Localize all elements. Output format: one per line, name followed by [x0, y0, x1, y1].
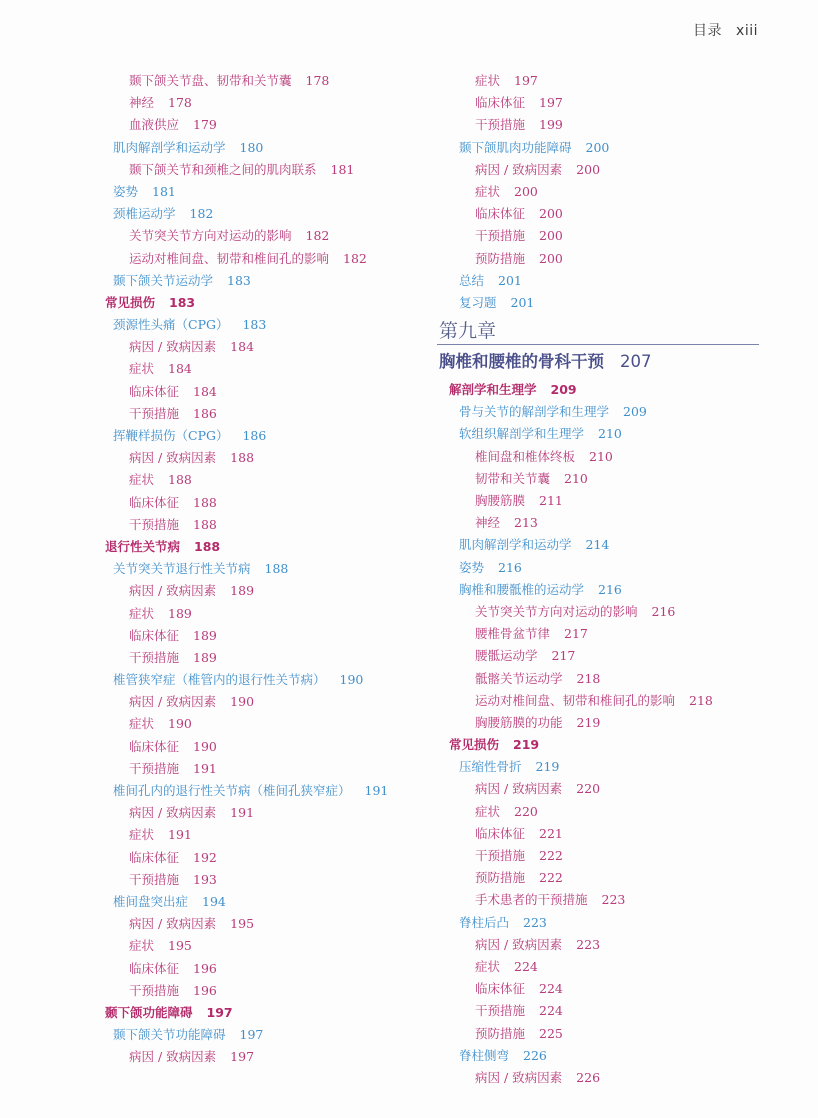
toc-entry-level-2[interactable]: 总结201: [437, 270, 759, 292]
toc-entry-page: 210: [598, 426, 622, 441]
toc-entry-page: 209: [551, 382, 577, 397]
toc-entry-title: 干预措施: [475, 117, 525, 132]
toc-entry-title: 临床体征: [129, 628, 179, 643]
toc-entry-title: 病因 / 致病因素: [129, 1049, 216, 1064]
toc-entry-page: 191: [365, 783, 389, 798]
toc-entry-level-3[interactable]: 腰骶运动学217: [437, 645, 759, 667]
toc-entry-title: 预防措施: [475, 251, 525, 266]
toc-entry-page: 220: [576, 781, 600, 796]
toc-entry-title: 运动对椎间盘、韧带和椎间孔的影响: [129, 251, 329, 266]
toc-entry-level-3[interactable]: 临床体征224: [437, 978, 759, 1000]
toc-entry-page: 178: [306, 73, 330, 88]
toc-entry-title: 颞下颌关节和颈椎之间的肌肉联系: [129, 162, 317, 177]
toc-entry-title: 胸椎和腰骶椎的运动学: [459, 582, 584, 597]
toc-entry-level-3[interactable]: 症状220: [437, 801, 759, 823]
toc-entry-level-3[interactable]: 临床体征188: [103, 492, 423, 514]
toc-entry-title: 症状: [475, 959, 500, 974]
toc-entry-level-3[interactable]: 预防措施200: [437, 248, 759, 270]
toc-entry-level-3[interactable]: 胸腰筋膜211: [437, 490, 759, 512]
toc-entry-page: 194: [202, 894, 226, 909]
toc-entry-page: 195: [168, 938, 192, 953]
toc-entry-page: 189: [168, 606, 192, 621]
running-header: 目录xiii: [693, 20, 758, 40]
toc-entry-page: 219: [513, 737, 539, 752]
toc-entry-title: 椎间孔内的退行性关节病（椎间孔狭窄症）: [113, 783, 351, 798]
toc-entry-level-1[interactable]: 解剖学和生理学209: [437, 379, 759, 401]
toc-entry-title: 病因 / 致病因素: [475, 937, 562, 952]
toc-entry-page: 190: [168, 716, 192, 731]
toc-entry-page: 217: [552, 648, 576, 663]
toc-entry-page: 213: [514, 515, 538, 530]
toc-entry-level-2[interactable]: 脊柱后凸223: [437, 912, 759, 934]
toc-entry-page: 188: [193, 517, 217, 532]
toc-entry-page: 226: [523, 1048, 547, 1063]
toc-entry-level-3[interactable]: 症状189: [103, 603, 423, 625]
toc-entry-title: 临床体征: [475, 826, 525, 841]
chapter-title-text: 胸椎和腰椎的骨科干预: [439, 352, 604, 371]
toc-entry-level-2[interactable]: 复习题201: [437, 292, 759, 314]
toc-entry-title: 颞下颌关节功能障碍: [113, 1027, 226, 1042]
toc-entry-page: 224: [539, 981, 563, 996]
toc-entry-title: 干预措施: [475, 848, 525, 863]
toc-entry-level-3[interactable]: 病因 / 致病因素188: [103, 447, 423, 469]
toc-entry-page: 222: [539, 848, 563, 863]
toc-entry-page: 224: [539, 1003, 563, 1018]
toc-entry-title: 压缩性骨折: [459, 759, 522, 774]
toc-entry-page: 216: [498, 560, 522, 575]
toc-entry-level-3[interactable]: 胸腰筋膜的功能219: [437, 712, 759, 734]
toc-entry-level-3[interactable]: 病因 / 致病因素191: [103, 802, 423, 824]
toc-entry-page: 200: [539, 251, 563, 266]
toc-entry-page: 196: [193, 983, 217, 998]
toc-entry-page: 197: [207, 1005, 233, 1020]
toc-entry-title: 临床体征: [129, 850, 179, 865]
toc-entry-title: 预防措施: [475, 1026, 525, 1041]
toc-entry-page: 188: [194, 539, 220, 554]
toc-entry-page: 189: [193, 650, 217, 665]
toc-entry-level-2[interactable]: 颞下颌肌肉功能障碍200: [437, 137, 759, 159]
toc-entry-title: 肌肉解剖学和运动学: [113, 140, 226, 155]
toc-entry-title: 姿势: [113, 184, 138, 199]
toc-entry-level-3[interactable]: 干预措施222: [437, 845, 759, 867]
toc-entry-title: 症状: [475, 73, 500, 88]
toc-entry-title: 临床体征: [475, 206, 525, 221]
toc-entry-page: 191: [193, 761, 217, 776]
toc-entry-title: 常见损伤: [105, 295, 155, 310]
toc-entry-page: 190: [230, 694, 254, 709]
chapter-page-number: 207: [620, 352, 652, 371]
toc-entry-level-2[interactable]: 颈源性头痛（CPG）183: [103, 314, 423, 336]
toc-entry-level-3[interactable]: 韧带和关节囊210: [437, 468, 759, 490]
toc-entry-title: 临床体征: [129, 384, 179, 399]
toc-entry-title: 解剖学和生理学: [449, 382, 537, 397]
toc-entry-level-3[interactable]: 干预措施191: [103, 758, 423, 780]
toc-entry-title: 关节突关节方向对运动的影响: [129, 228, 292, 243]
toc-entry-page: 226: [576, 1070, 600, 1085]
toc-entry-level-2[interactable]: 椎间盘突出症194: [103, 891, 423, 913]
toc-entry-page: 183: [242, 317, 266, 332]
toc-entry-page: 193: [193, 872, 217, 887]
toc-entry-page: 191: [168, 827, 192, 842]
toc-entry-page: 184: [230, 339, 254, 354]
toc-entry-title: 病因 / 致病因素: [129, 805, 216, 820]
toc-entry-page: 224: [514, 959, 538, 974]
toc-entry-title: 复习题: [459, 295, 497, 310]
toc-entry-title: 症状: [129, 716, 154, 731]
toc-entry-level-2[interactable]: 胸椎和腰骶椎的运动学216: [437, 579, 759, 601]
chapter-label: 第九章: [437, 316, 759, 345]
toc-entry-title: 干预措施: [129, 761, 179, 776]
toc-entry-level-3[interactable]: 症状191: [103, 824, 423, 846]
toc-entry-level-3[interactable]: 干预措施188: [103, 514, 423, 536]
toc-entry-page: 200: [586, 140, 610, 155]
toc-entry-title: 颞下颌肌肉功能障碍: [459, 140, 572, 155]
toc-entry-page: 196: [193, 961, 217, 976]
toc-entry-title: 病因 / 致病因素: [129, 583, 216, 598]
toc-entry-title: 症状: [129, 827, 154, 842]
toc-entry-level-3[interactable]: 症状200: [437, 181, 759, 203]
toc-entry-title: 胸腰筋膜的功能: [475, 715, 563, 730]
toc-entry-level-3[interactable]: 症状184: [103, 358, 423, 380]
toc-entry-title: 干预措施: [129, 517, 179, 532]
toc-entry-level-2[interactable]: 软组织解剖学和生理学210: [437, 423, 759, 445]
toc-entry-level-3[interactable]: 临床体征192: [103, 847, 423, 869]
toc-entry-page: 210: [564, 471, 588, 486]
toc-entry-title: 病因 / 致病因素: [129, 916, 216, 931]
toc-entry-level-2[interactable]: 骨与关节的解剖学和生理学209: [437, 401, 759, 423]
toc-entry-title: 脊柱侧弯: [459, 1048, 509, 1063]
toc-entry-title: 颈椎运动学: [113, 206, 176, 221]
toc-entry-level-1[interactable]: 常见损伤219: [437, 734, 759, 756]
toc-entry-level-3[interactable]: 病因 / 致病因素197: [103, 1046, 423, 1068]
toc-entry-level-2[interactable]: 关节突关节退行性关节病188: [103, 558, 423, 580]
toc-entry-title: 关节突关节退行性关节病: [113, 561, 251, 576]
toc-entry-title: 颞下颌关节运动学: [113, 273, 213, 288]
toc-entry-title: 运动对椎间盘、韧带和椎间孔的影响: [475, 693, 675, 708]
toc-entry-title: 干预措施: [475, 1003, 525, 1018]
toc-entry-title: 病因 / 致病因素: [475, 1070, 562, 1085]
toc-entry-title: 颈源性头痛（CPG）: [113, 317, 228, 332]
toc-entry-level-3[interactable]: 干预措施186: [103, 403, 423, 425]
toc-entry-page: 189: [230, 583, 254, 598]
toc-entry-title: 颞下颌关节盘、韧带和关节囊: [129, 73, 292, 88]
chapter-title[interactable]: 胸椎和腰椎的骨科干预207: [437, 345, 759, 379]
toc-entry-level-3[interactable]: 干预措施193: [103, 869, 423, 891]
toc-entry-page: 181: [331, 162, 355, 177]
toc-entry-page: 186: [242, 428, 266, 443]
toc-entry-page: 214: [586, 537, 610, 552]
toc-entry-level-3[interactable]: 临床体征184: [103, 381, 423, 403]
toc-entry-page: 188: [168, 472, 192, 487]
toc-entry-page: 195: [230, 916, 254, 931]
toc-entry-title: 干预措施: [129, 650, 179, 665]
toc-entry-level-3[interactable]: 颞下颌关节和颈椎之间的肌肉联系181: [103, 159, 423, 181]
toc-entry-level-3[interactable]: 运动对椎间盘、韧带和椎间孔的影响182: [103, 248, 423, 270]
toc-entry-level-3[interactable]: 病因 / 致病因素195: [103, 913, 423, 935]
toc-entry-title: 骨与关节的解剖学和生理学: [459, 404, 609, 419]
toc-entry-page: 216: [652, 604, 676, 619]
toc-entry-level-3[interactable]: 血液供应179: [103, 114, 423, 136]
toc-entry-title: 颞下颌功能障碍: [105, 1005, 193, 1020]
toc-entry-title: 干预措施: [129, 983, 179, 998]
toc-entry-page: 197: [539, 95, 563, 110]
toc-entry-title: 骶髂关节运动学: [475, 671, 563, 686]
toc-entry-title: 病因 / 致病因素: [129, 450, 216, 465]
toc-entry-title: 病因 / 致病因素: [475, 162, 562, 177]
toc-entry-page: 216: [598, 582, 622, 597]
toc-entry-level-3[interactable]: 关节突关节方向对运动的影响182: [103, 225, 423, 247]
toc-entry-level-2[interactable]: 颈椎运动学182: [103, 203, 423, 225]
toc-entry-page: 218: [577, 671, 601, 686]
toc-entry-level-3[interactable]: 症状224: [437, 956, 759, 978]
toc-entry-title: 姿势: [459, 560, 484, 575]
toc-entry-level-3[interactable]: 临床体征196: [103, 958, 423, 980]
toc-entry-page: 197: [240, 1027, 264, 1042]
toc-entry-level-3[interactable]: 干预措施199: [437, 114, 759, 136]
toc-entry-level-2[interactable]: 姿势216: [437, 557, 759, 579]
toc-entry-title: 症状: [129, 606, 154, 621]
toc-entry-title: 病因 / 致病因素: [129, 339, 216, 354]
toc-entry-page: 192: [193, 850, 217, 865]
toc-entry-page: 200: [539, 206, 563, 221]
toc-entry-page: 191: [230, 805, 254, 820]
toc-entry-level-3[interactable]: 症状195: [103, 935, 423, 957]
toc-entry-page: 184: [193, 384, 217, 399]
toc-entry-title: 症状: [475, 184, 500, 199]
toc-entry-page: 183: [169, 295, 195, 310]
toc-entry-level-3[interactable]: 症状197: [437, 70, 759, 92]
toc-entry-level-2[interactable]: 颞下颌关节运动学183: [103, 270, 423, 292]
toc-entry-level-3[interactable]: 临床体征189: [103, 625, 423, 647]
toc-entry-page: 197: [514, 73, 538, 88]
toc-entry-page: 219: [536, 759, 560, 774]
toc-entry-level-3[interactable]: 临床体征221: [437, 823, 759, 845]
toc-entry-page: 179: [193, 117, 217, 132]
toc-entry-page: 210: [589, 449, 613, 464]
toc-entry-level-3[interactable]: 关节突关节方向对运动的影响216: [437, 601, 759, 623]
toc-entry-page: 184: [168, 361, 192, 376]
toc-entry-title: 症状: [129, 938, 154, 953]
toc-entry-level-3[interactable]: 病因 / 致病因素189: [103, 580, 423, 602]
toc-entry-title: 肌肉解剖学和运动学: [459, 537, 572, 552]
toc-entry-title: 常见损伤: [449, 737, 499, 752]
toc-entry-level-3[interactable]: 神经213: [437, 512, 759, 534]
toc-entry-level-3[interactable]: 神经178: [103, 92, 423, 114]
toc-entry-title: 脊柱后凸: [459, 915, 509, 930]
toc-entry-level-3[interactable]: 腰椎骨盆节律217: [437, 623, 759, 645]
toc-entry-level-2[interactable]: 挥鞭样损伤（CPG）186: [103, 425, 423, 447]
toc-entry-level-2[interactable]: 肌肉解剖学和运动学214: [437, 534, 759, 556]
header-page-number: xiii: [736, 23, 758, 39]
toc-entry-page: 182: [190, 206, 214, 221]
toc-entry-page: 219: [577, 715, 601, 730]
toc-entry-title: 胸腰筋膜: [475, 493, 525, 508]
toc-entry-page: 200: [514, 184, 538, 199]
toc-entry-level-1[interactable]: 退行性关节病188: [103, 536, 423, 558]
toc-entry-level-3[interactable]: 病因 / 致病因素200: [437, 159, 759, 181]
toc-entry-title: 神经: [475, 515, 500, 530]
toc-entry-page: 217: [564, 626, 588, 641]
toc-entry-page: 222: [539, 870, 563, 885]
toc-entry-level-2[interactable]: 姿势181: [103, 181, 423, 203]
toc-entry-level-3[interactable]: 预防措施222: [437, 867, 759, 889]
toc-entry-level-3[interactable]: 病因 / 致病因素220: [437, 778, 759, 800]
toc-entry-level-3[interactable]: 颞下颌关节盘、韧带和关节囊178: [103, 70, 423, 92]
toc-entry-level-3[interactable]: 手术患者的干预措施223: [437, 889, 759, 911]
toc-entry-title: 临床体征: [129, 961, 179, 976]
toc-entry-page: 178: [168, 95, 192, 110]
toc-entry-level-3[interactable]: 运动对椎间盘、韧带和椎间孔的影响218: [437, 690, 759, 712]
toc-entry-title: 干预措施: [129, 872, 179, 887]
toc-entry-level-3[interactable]: 干预措施200: [437, 225, 759, 247]
toc-entry-title: 临床体征: [129, 495, 179, 510]
toc-entry-page: 188: [230, 450, 254, 465]
toc-entry-title: 挥鞭样损伤（CPG）: [113, 428, 228, 443]
toc-entry-level-2[interactable]: 压缩性骨折219: [437, 756, 759, 778]
toc-entry-level-2[interactable]: 颞下颌关节功能障碍197: [103, 1024, 423, 1046]
toc-left-column: 颞下颌关节盘、韧带和关节囊178神经178血液供应179肌肉解剖学和运动学180…: [103, 70, 423, 1068]
toc-entry-level-2[interactable]: 脊柱侧弯226: [437, 1045, 759, 1067]
toc-entry-level-3[interactable]: 病因 / 致病因素190: [103, 691, 423, 713]
toc-right-column: 症状197临床体征197干预措施199颞下颌肌肉功能障碍200病因 / 致病因素…: [437, 70, 759, 1089]
toc-entry-level-3[interactable]: 临床体征190: [103, 736, 423, 758]
toc-entry-page: 201: [498, 273, 522, 288]
toc-entry-title: 症状: [129, 472, 154, 487]
toc-entry-page: 218: [689, 693, 713, 708]
toc-entry-title: 临床体征: [475, 981, 525, 996]
toc-entry-title: 总结: [459, 273, 484, 288]
toc-entry-title: 预防措施: [475, 870, 525, 885]
toc-entry-level-3[interactable]: 干预措施224: [437, 1000, 759, 1022]
toc-entry-title: 病因 / 致病因素: [475, 781, 562, 796]
toc-entry-title: 血液供应: [129, 117, 179, 132]
toc-entry-page: 220: [514, 804, 538, 819]
toc-entry-level-2[interactable]: 肌肉解剖学和运动学180: [103, 137, 423, 159]
toc-entry-level-3[interactable]: 病因 / 致病因素226: [437, 1067, 759, 1089]
toc-entry-page: 182: [306, 228, 330, 243]
toc-entry-page: 225: [539, 1026, 563, 1041]
toc-entry-title: 退行性关节病: [105, 539, 180, 554]
toc-entry-level-3[interactable]: 临床体征197: [437, 92, 759, 114]
toc-entry-level-3[interactable]: 干预措施196: [103, 980, 423, 1002]
toc-entry-page: 200: [576, 162, 600, 177]
header-title: 目录: [693, 23, 722, 39]
toc-entry-title: 症状: [129, 361, 154, 376]
toc-entry-title: 腰椎骨盆节律: [475, 626, 550, 641]
toc-entry-title: 椎管狭窄症（椎管内的退行性关节病）: [113, 672, 326, 687]
toc-entry-page: 181: [152, 184, 176, 199]
toc-entry-title: 干预措施: [129, 406, 179, 421]
toc-entry-level-3[interactable]: 病因 / 致病因素223: [437, 934, 759, 956]
toc-entry-title: 临床体征: [129, 739, 179, 754]
toc-entry-title: 关节突关节方向对运动的影响: [475, 604, 638, 619]
toc-entry-page: 182: [343, 251, 367, 266]
toc-entry-level-1[interactable]: 常见损伤183: [103, 292, 423, 314]
toc-entry-page: 190: [340, 672, 364, 687]
toc-entry-title: 病因 / 致病因素: [129, 694, 216, 709]
toc-entry-page: 201: [511, 295, 535, 310]
toc-entry-title: 手术患者的干预措施: [475, 892, 588, 907]
toc-entry-title: 软组织解剖学和生理学: [459, 426, 584, 441]
toc-entry-level-2[interactable]: 椎管狭窄症（椎管内的退行性关节病）190: [103, 669, 423, 691]
toc-entry-title: 临床体征: [475, 95, 525, 110]
toc-entry-level-3[interactable]: 临床体征200: [437, 203, 759, 225]
toc-entry-level-3[interactable]: 症状188: [103, 469, 423, 491]
toc-entry-page: 190: [193, 739, 217, 754]
toc-entry-page: 180: [240, 140, 264, 155]
toc-entry-page: 197: [230, 1049, 254, 1064]
toc-entry-page: 200: [539, 228, 563, 243]
toc-entry-page: 223: [602, 892, 626, 907]
toc-entry-title: 腰骶运动学: [475, 648, 538, 663]
toc-entry-title: 椎间盘和椎体终板: [475, 449, 575, 464]
toc-entry-page: 188: [265, 561, 289, 576]
toc-entry-title: 椎间盘突出症: [113, 894, 188, 909]
toc-entry-page: 186: [193, 406, 217, 421]
toc-entry-title: 干预措施: [475, 228, 525, 243]
toc-entry-page: 209: [623, 404, 647, 419]
toc-entry-page: 189: [193, 628, 217, 643]
toc-entry-level-2[interactable]: 椎间孔内的退行性关节病（椎间孔狭窄症）191: [103, 780, 423, 802]
toc-entry-level-3[interactable]: 病因 / 致病因素184: [103, 336, 423, 358]
toc-entry-level-3[interactable]: 椎间盘和椎体终板210: [437, 446, 759, 468]
toc-entry-title: 韧带和关节囊: [475, 471, 550, 486]
toc-entry-level-3[interactable]: 预防措施225: [437, 1023, 759, 1045]
toc-entry-level-3[interactable]: 症状190: [103, 713, 423, 735]
toc-entry-title: 症状: [475, 804, 500, 819]
toc-entry-level-3[interactable]: 骶髂关节运动学218: [437, 668, 759, 690]
toc-entry-level-3[interactable]: 干预措施189: [103, 647, 423, 669]
toc-entry-page: 211: [539, 493, 563, 508]
toc-entry-page: 199: [539, 117, 563, 132]
toc-entry-page: 183: [227, 273, 251, 288]
toc-entry-page: 223: [576, 937, 600, 952]
toc-entry-page: 223: [523, 915, 547, 930]
toc-entry-title: 神经: [129, 95, 154, 110]
toc-entry-page: 221: [539, 826, 563, 841]
toc-entry-level-1[interactable]: 颞下颌功能障碍197: [103, 1002, 423, 1024]
toc-entry-page: 188: [193, 495, 217, 510]
